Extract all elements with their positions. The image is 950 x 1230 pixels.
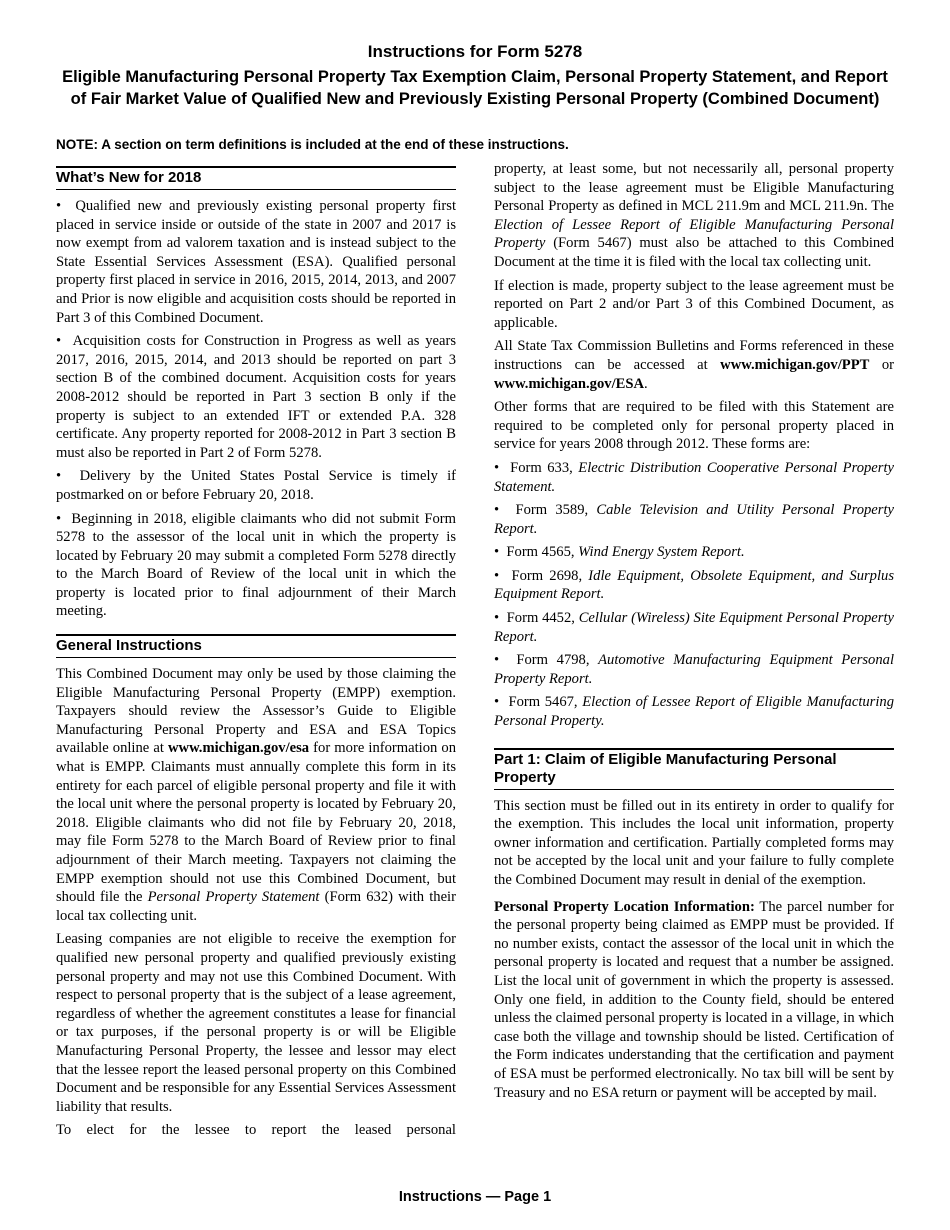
- general-paragraph-2: Leasing companies are not eligible to re…: [56, 930, 456, 1116]
- general-paragraph-1: This Combined Document may only be used …: [56, 665, 456, 925]
- form-number: Form 4452,: [507, 610, 579, 626]
- form-number: Form 3589,: [516, 502, 597, 518]
- text-span: property, at least some, but not necessa…: [494, 161, 894, 214]
- right-column: property, at least some, but not necessa…: [494, 160, 894, 1107]
- document-page: Instructions for Form 5278 Eligible Manu…: [0, 0, 950, 1230]
- section-heading-whats-new: What’s New for 2018: [56, 166, 456, 190]
- section-heading-general-instructions: General Instructions: [56, 634, 456, 658]
- whats-new-bullet: Acquisition costs for Construction in Pr…: [56, 332, 456, 462]
- part1-paragraph-2: Personal Property Location Information: …: [494, 898, 894, 1103]
- general-paragraph-3-start: To elect for the lessee to report the le…: [56, 1121, 456, 1140]
- general-paragraph-6: Other forms that are required to be file…: [494, 398, 894, 454]
- text-span: The parcel number for the personal prope…: [494, 899, 894, 1101]
- form-number: Form 4798,: [516, 652, 598, 668]
- text-span: for more information on what is EMPP. Cl…: [56, 740, 456, 905]
- form-number: Form 633,: [510, 460, 578, 476]
- form-number: Form 5467,: [508, 694, 582, 710]
- form-title-italic: Personal Property Statement: [148, 889, 320, 905]
- whats-new-bullet: Qualified new and previously existing pe…: [56, 197, 456, 327]
- part1-paragraph-1: This section must be filled out in its e…: [494, 797, 894, 890]
- definitions-note: NOTE: A section on term definitions is i…: [56, 137, 569, 152]
- text-span: (Form 5467) must also be attached to thi…: [494, 235, 894, 270]
- form-list-item: Form 2698, Idle Equipment, Obsolete Equi…: [494, 567, 894, 604]
- form-list-item: Form 5467, Election of Lessee Report of …: [494, 693, 894, 730]
- esa-link[interactable]: www.michigan.gov/esa: [168, 740, 309, 756]
- whats-new-bullet: Delivery by the United States Postal Ser…: [56, 467, 456, 504]
- text-span: .: [644, 376, 648, 392]
- form-number: Form 2698,: [511, 568, 588, 584]
- form-list-item: Form 3589, Cable Television and Utility …: [494, 501, 894, 538]
- esa-link[interactable]: www.michigan.gov/ESA: [494, 376, 644, 392]
- document-title: Instructions for Form 5278: [0, 42, 950, 62]
- form-list-item: Form 4452, Cellular (Wireless) Site Equi…: [494, 609, 894, 646]
- section-heading-part-1: Part 1: Claim of Eligible Manufacturing …: [494, 748, 894, 790]
- general-paragraph-4: If election is made, property subject to…: [494, 277, 894, 333]
- general-paragraph-3-continued: property, at least some, but not necessa…: [494, 160, 894, 272]
- whats-new-bullet: Beginning in 2018, eligible claimants wh…: [56, 510, 456, 622]
- form-name: Wind Energy System Report.: [578, 544, 744, 560]
- general-paragraph-5: All State Tax Commission Bulletins and F…: [494, 337, 894, 393]
- form-list-item: Form 4798, Automotive Manufacturing Equi…: [494, 651, 894, 688]
- ppt-link[interactable]: www.michigan.gov/PPT: [720, 357, 869, 373]
- document-subtitle: Eligible Manufacturing Personal Property…: [0, 66, 950, 110]
- form-list-item: Form 633, Electric Distribution Cooperat…: [494, 459, 894, 496]
- form-number: Form 4565,: [506, 544, 578, 560]
- left-column: What’s New for 2018 Qualified new and pr…: [56, 166, 456, 1145]
- text-span: or: [869, 357, 894, 373]
- location-info-label: Personal Property Location Information:: [494, 899, 755, 915]
- form-list-item: Form 4565, Wind Energy System Report.: [494, 543, 894, 562]
- page-footer: Instructions — Page 1: [0, 1189, 950, 1205]
